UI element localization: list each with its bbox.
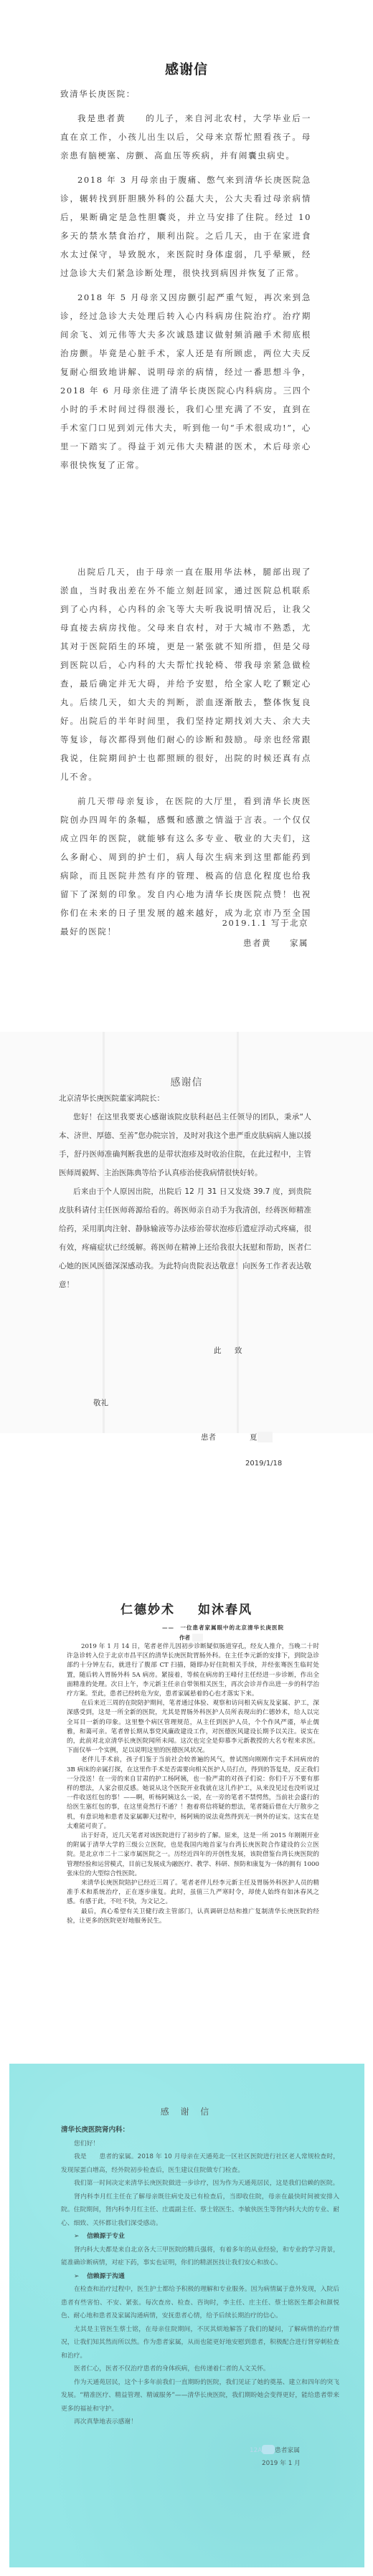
paragraph: 我是患者黄 的儿子，来自河北农村，大学毕业后一直在京工作，小孩儿出生以后，父母来…	[60, 109, 311, 165]
paragraph: 后来由于个人原因出院，出院后 12 月 31 日又发烧 39.7 度，到贵院皮肤…	[59, 1182, 311, 1294]
paragraph: 出于好奇，近几天笔者对该医院进行了初步的了解。原来，这是一所 2015 年刚刚开…	[67, 1832, 319, 1879]
paragraph: 2018 年 3 月母亲由于腹痛、憋气来到清华长庚医院急诊，辗转找到肝胆胰外科的…	[60, 171, 311, 282]
paragraph: 在后来近三周的在院陪护期间，笔者通过体验、观察和访问相关病友及家属、护工，深深感…	[67, 1699, 319, 1756]
paragraph: 医者仁心，医者不仅治疗患者的身体疾病，也传递着仁者的人文关怀。	[61, 2362, 339, 2376]
article-subtitle: —— 一位患者家属眼中的北京清华长庚医院	[162, 1624, 284, 1632]
thank-you-letter-1: 感谢信 致清华长庚医院： 我是患者黄 的儿子，来自河北农村，大学毕业后一直在京工…	[0, 0, 373, 964]
article-title: 仁德妙术 如沐春风	[0, 1599, 373, 1617]
paragraph: 老伴儿手术前，孩子们鉴于当前社会较普遍的风气，曾试图向刚刚作完手术回病房的 3B…	[67, 1756, 319, 1832]
article-author: 作者 某某	[179, 1634, 203, 1642]
section-heading-communication: ➢信赖源于沟通	[61, 2270, 339, 2284]
paragraph: 出院后几天，由于母亲一直在服用华法林，腿部出现了淤血，当时我出差在外不能立刻赶回…	[60, 562, 311, 786]
signature: 12A某某患者家属	[250, 2445, 300, 2454]
letter-body: 清华长庚医院肾内科： 您们好！ 我是 患者的家属。2018 年 10 月母亲在天…	[61, 2124, 339, 2429]
date-line: 2019.1.1 写于北京	[222, 917, 308, 929]
letter-body-page-2: 出院后几天，由于母亲一直在服用华法林，腿部出现了淤血，当时我出差在外不能立刻赶回…	[60, 562, 311, 941]
paragraph: 来清华长庚医院陪护已经近三周了。笔者老伴儿经李元新主任及胃肠外科医护人员的精准手…	[67, 1879, 319, 1907]
heading-text: 信赖源于沟通	[87, 2273, 125, 2280]
letter-body: 北京清华长庚医院董家鸿院长： 您好！在这里我要衷心感谢该院皮肤科赵邑主任领导的团…	[59, 1089, 311, 1294]
paragraph: 肾内科李月红主任在了解母亲既往病史及已有检查后，当即收住院，母亲在最快时间被安排…	[61, 2190, 339, 2231]
paragraph: 我们第一时间决定来清华长庚医院做进一步诊疗，因为作为天通苑居民，这是我们信赖的医…	[61, 2177, 339, 2190]
signature: 患者黄 家属	[243, 937, 308, 949]
closing-ci-zhi: 此 致	[214, 1345, 245, 1356]
paragraph: 您好！在这里我要衷心感谢该院皮肤科赵邑主任领导的团队，秉承“人本、济世、厚德、至…	[59, 1108, 311, 1182]
paragraph: 2019 年 1 月 14 日，笔者老伴儿因初步诊断疑似肠道穿孔，经友人推介，当…	[67, 1642, 319, 1699]
thank-you-letter-4: 感 谢 信 清华长庚医院肾内科： 您们好！ 我是 患者的家属。2018 年 10…	[9, 2064, 364, 2567]
redacted-name: 某某	[262, 2445, 275, 2454]
letter-body: 致清华长庚医院： 我是患者黄 的儿子，来自河北农村，大学毕业后一直在京工作，小孩…	[60, 85, 311, 474]
section-heading-professional: ➢信赖源于专业	[61, 2230, 339, 2244]
salutation: 北京清华长庚医院董家鸿院长：	[59, 1089, 311, 1108]
paragraph: 再次真挚地表示感谢！	[61, 2415, 339, 2429]
letter-date: 2019 年 1 月	[262, 2458, 301, 2467]
paragraph: 2018 年 5 月母亲又因房颤引起严重气短，再次来到急诊，经过急诊大夫处理后转…	[60, 288, 311, 474]
letter-title: 感 谢 信	[9, 2105, 364, 2117]
paragraph: 尤其是主管医生蔡士铭，在母亲住院期间，不厌其烦地解答了我们的疑问，了解病情的治疗…	[61, 2323, 339, 2363]
paragraph: 我是 患者的家属。2018 年 10 月母亲在天通苑北一区社区医院进行社区老人常…	[61, 2150, 339, 2177]
greeting: 您们好！	[61, 2137, 339, 2151]
arrow-bullet-icon: ➢	[74, 2230, 87, 2244]
thank-you-letter-2: 感谢信 北京清华长庚医院董家鸿院长： 您好！在这里我要衷心感谢该院皮肤科赵邑主任…	[0, 1032, 373, 1433]
salutation: 清华长庚医院肾内科：	[61, 2124, 339, 2137]
paragraph: 在检查和治疗过程中，医生护士都给予积极的理解和专业服务。因为病情属于意外发现，入…	[61, 2283, 339, 2323]
letter-title: 感谢信	[0, 59, 373, 78]
article-letter-3: 仁德妙术 如沐春风 —— 一位患者家属眼中的北京清华长庚医院 作者 某某 201…	[0, 1541, 373, 2042]
letter-title: 感谢信	[0, 1075, 373, 1089]
letter-2-date: 2019/1/18	[245, 1460, 303, 1467]
signature-prefix: 12A	[250, 2447, 262, 2454]
author-label: 作者	[179, 1634, 190, 1641]
signature-name-text: 夏	[250, 1433, 258, 1442]
signature-text: 患者家属	[275, 2447, 300, 2454]
salutation: 致清华长庚医院：	[60, 85, 311, 103]
heading-text: 信赖源于专业	[87, 2233, 125, 2240]
closing-jing-li: 敬礼	[93, 1397, 108, 1408]
signature-label: 患者	[201, 1432, 216, 1442]
redacted-name: 某某	[258, 1432, 273, 1442]
paragraph: 肾内科大夫都是来自北京各大三甲医院的精兵强将，有着多年的从业经验，和专业的学习背…	[61, 2244, 339, 2270]
redacted-author: 某某	[192, 1634, 203, 1642]
paragraph: 最后，真心希望有关卫健行政主管部门，认真调研总结和推广复制清华长庚医院的经验，让…	[67, 1907, 319, 1926]
paragraph: 作为天通苑居民，这个十多年前我们一直期盼的医院，我们见证了她的奠基、建立和四年的…	[61, 2376, 339, 2416]
article-body: 2019 年 1 月 14 日，笔者老伴儿因初步诊断疑似肠道穿孔，经友人推介，当…	[67, 1642, 319, 1926]
signature-name: 夏某某	[250, 1432, 273, 1442]
arrow-bullet-icon: ➢	[74, 2270, 87, 2284]
